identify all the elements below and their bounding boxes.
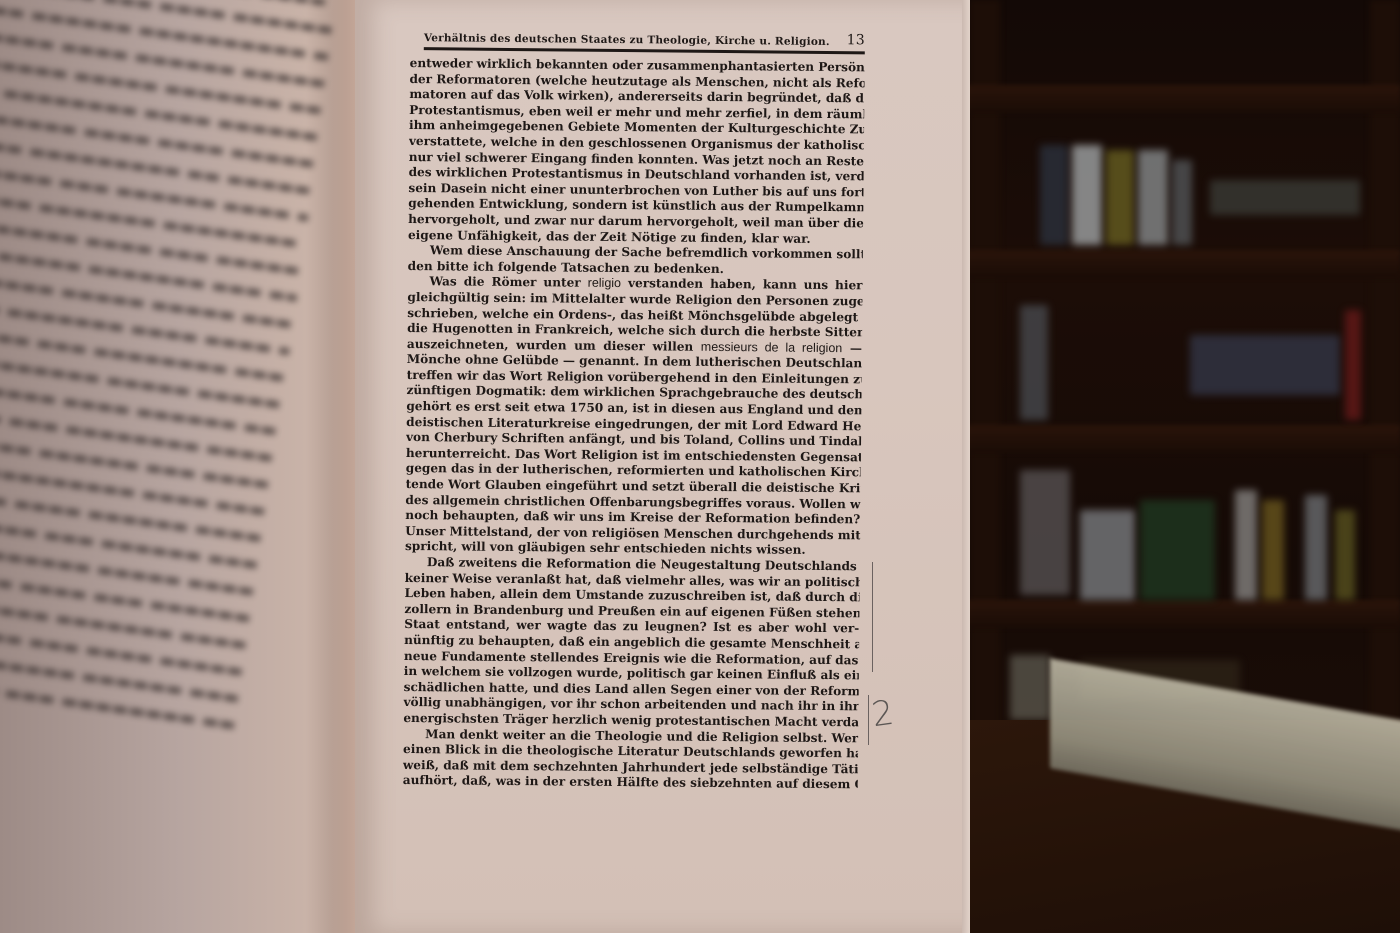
running-head: Verhältnis des deutschen Staates zu Theo… (424, 28, 865, 54)
book-spine (1040, 145, 1068, 245)
body-text: entweder wirklich bekannten oder zusamme… (403, 56, 865, 793)
antiqua-phrase: religio (588, 276, 621, 290)
book-spine (1138, 150, 1168, 245)
book-spine (1305, 495, 1327, 600)
running-head-title: Verhältnis des deutschen Staates zu Theo… (424, 32, 830, 48)
book-spine (1345, 310, 1361, 420)
pencil-margin-bracket (872, 562, 877, 672)
book-spine (1020, 470, 1070, 595)
book-spine (1106, 150, 1134, 245)
book-spine (1172, 160, 1192, 245)
book-spine (1010, 655, 1050, 720)
book-spine (1262, 500, 1284, 600)
book-spine (1140, 500, 1215, 600)
book-spine (1335, 510, 1355, 600)
shelf-board (960, 85, 1400, 113)
book-spine (1210, 180, 1360, 215)
left-page-blurred-text: ▬▬▬▬ ▬▬ ▬▬▬▬▬▬▬ ▬▬ ▬▬▬▬ ▬▬▬▬▬▬▬ ▬▬▬ ▬▬▬▬… (0, 0, 340, 739)
page-edge (962, 0, 970, 933)
book-spine (1235, 490, 1257, 600)
book-spine (1190, 335, 1340, 395)
book-spine (1020, 305, 1048, 420)
book-spine (1080, 510, 1135, 600)
shelf-board (960, 425, 1400, 453)
antiqua-phrase: messieurs de la religion (701, 339, 843, 354)
right-page-content: Verhältnis des deutschen Staates zu Theo… (403, 28, 865, 793)
shelf-board (960, 250, 1400, 278)
shelf-board (960, 600, 1400, 628)
page-number: 13 (847, 32, 865, 48)
left-page: ▬▬▬▬ ▬▬ ▬▬▬▬▬▬▬ ▬▬ ▬▬▬▬ ▬▬▬▬▬▬▬ ▬▬▬ ▬▬▬▬… (0, 0, 360, 933)
book-spine (1072, 145, 1102, 245)
